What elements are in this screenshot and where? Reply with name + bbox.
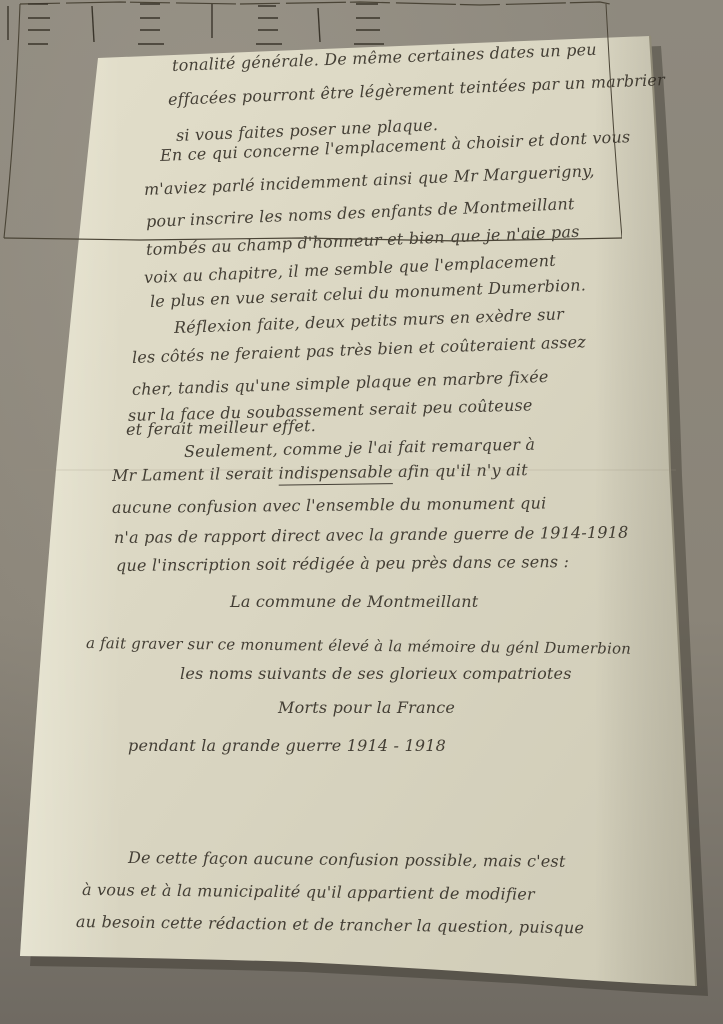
- letter-page: tonalité générale. De même certaines dat…: [0, 0, 723, 1024]
- inscription-line-commune: La commune de Montmeillant: [230, 592, 478, 611]
- text-line: et ferait meilleur effet.: [126, 416, 316, 439]
- text-line: De cette façon aucune confusion possible…: [128, 848, 566, 871]
- inscription-line-war: pendant la grande guerre 1914 - 1918: [128, 736, 446, 755]
- text-fragment: afin qu'il n'y ait: [393, 460, 528, 481]
- name-placeholder-marks: [0, 0, 420, 50]
- text-line: que l'inscription soit rédigée à peu prè…: [116, 552, 569, 575]
- inscription-line-names: les noms suivants de ses glorieux compat…: [180, 664, 572, 683]
- inscription-line-morts: Morts pour la France: [278, 698, 455, 717]
- underlined-word: indispensable: [278, 462, 392, 483]
- text-fragment: Mr Lament il serait: [112, 464, 279, 485]
